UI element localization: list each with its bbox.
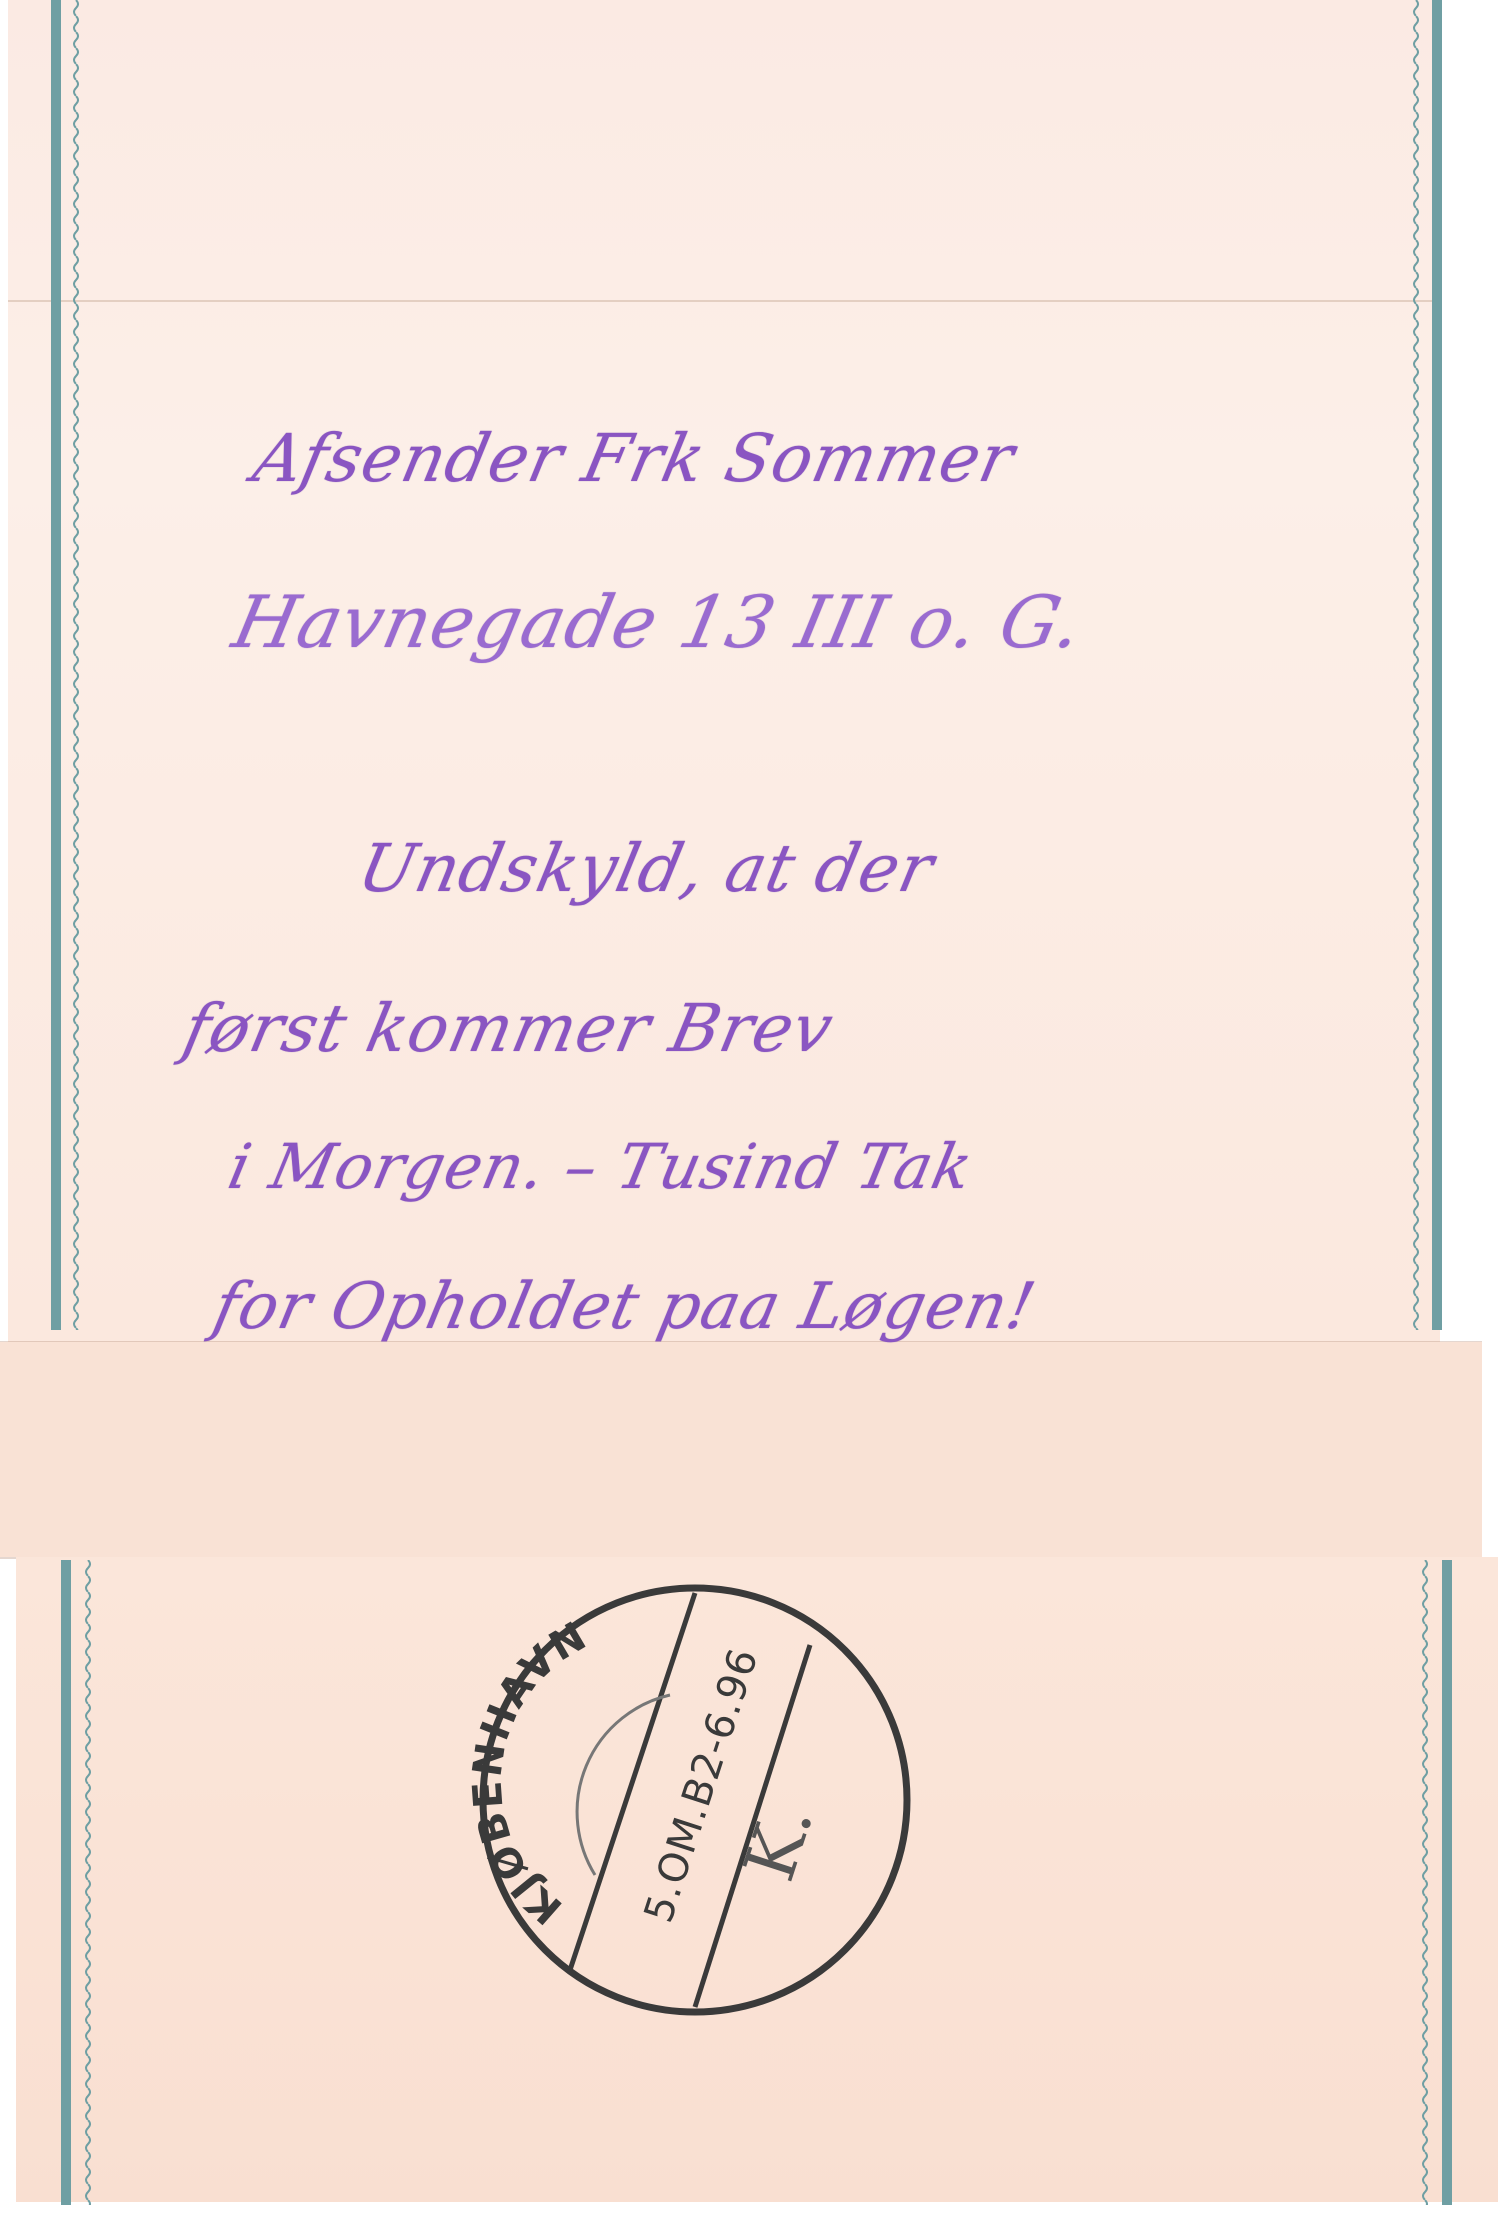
right-wavy-border-lower bbox=[1420, 1560, 1430, 2205]
left-wavy-border-lower bbox=[83, 1560, 93, 2205]
folded-flap bbox=[0, 1342, 1482, 1557]
svg-text:KJØBENHAVN: KJØBENHAVN bbox=[470, 1613, 596, 1933]
postmark-city: KJØBENHAVN bbox=[470, 1613, 596, 1933]
message-line-2: først kommer Brev bbox=[177, 990, 840, 1067]
left-wavy-border bbox=[71, 0, 81, 1330]
message-line-1: Undskyld, at der bbox=[352, 830, 941, 907]
right-border-rule-lower bbox=[1442, 1560, 1452, 2205]
postmark-stamp: KJØBENHAVN 5.OM.B2-6.96 K. bbox=[470, 1575, 920, 2025]
postmark-office-letter: K. bbox=[728, 1794, 829, 1890]
message-line-3: i Morgen. – Tusind Tak bbox=[222, 1130, 979, 1203]
postmark-date: 5.OM.B2-6.96 bbox=[636, 1643, 768, 1929]
right-border-rule bbox=[1432, 0, 1442, 1330]
sender-line: Afsender Frk Sommer bbox=[247, 420, 1022, 497]
left-border-rule-lower bbox=[61, 1560, 71, 2205]
address-line: Havnegade 13 III o. G. bbox=[226, 580, 1090, 664]
fold-crease bbox=[8, 300, 1440, 302]
message-line-4: for Opholdet paa Løgen! bbox=[207, 1270, 1042, 1344]
right-wavy-border bbox=[1411, 0, 1421, 1330]
left-border-rule bbox=[51, 0, 61, 1330]
